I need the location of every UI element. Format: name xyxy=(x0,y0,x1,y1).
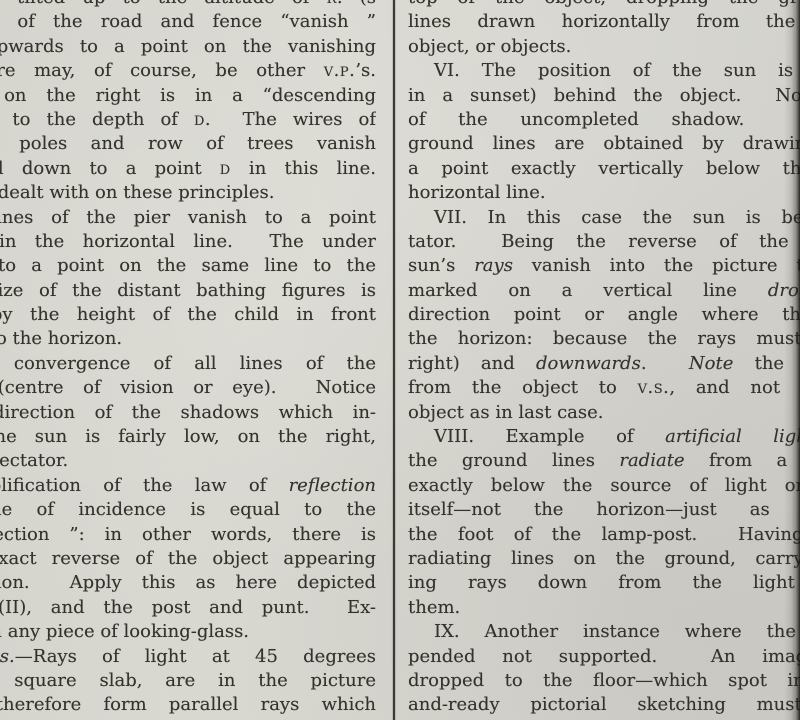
text-segment: dropped xyxy=(768,280,800,301)
text-line: reflection ”: in other words, there is xyxy=(0,523,376,547)
text-line: itself—not the horizon—just as thou xyxy=(408,498,800,522)
text-segment: object, or objects. xyxy=(408,36,571,57)
text-segment: object as in last case. xyxy=(408,402,604,423)
text-line: with any piece of looking-glass. xyxy=(0,620,376,644)
text-line: ht in the horizontal line. The under xyxy=(0,230,376,254)
text-line: v. (centre of vision or eye). Notice xyxy=(0,376,376,400)
right-column: top of the object, dropping the groundli… xyxy=(408,0,800,718)
text-segment: from the object to xyxy=(408,377,638,398)
text-line: e spectator. xyxy=(0,449,376,473)
text-segment: IX. Another instance where the lig xyxy=(434,621,800,642)
text-line: tator. Being the reverse of the last xyxy=(408,230,800,254)
text-segment: a point exactly vertically below the s xyxy=(408,158,800,179)
text-segment: lection. Apply this as here depicted xyxy=(0,572,376,593)
text-segment: ines of the road and fence “vanish ” xyxy=(0,11,376,32)
text-line: e lines of the pier vanish to a point xyxy=(0,206,376,230)
text-line: the square slab, are in the picture xyxy=(0,669,376,693)
text-segment: itself—not the horizon—just as thou xyxy=(408,499,800,520)
text-segment: emplification of the law of xyxy=(0,475,289,496)
text-segment: (centre of vision or eye). Notice xyxy=(0,377,376,398)
text-segment: ’s. xyxy=(355,60,376,81)
text-line: VII. In this case the sun is behind xyxy=(408,206,800,230)
text-segment: sh to a point on the same line to the xyxy=(0,255,376,276)
text-segment: d direction of the shadows which in- xyxy=(0,402,376,423)
text-line: d by the height of the child in front xyxy=(0,303,376,327)
text-segment: the foot of the lamp-post. Having dr xyxy=(408,524,800,545)
text-segment: d by the height of the child in front xyxy=(0,304,376,325)
text-segment: the horizon: because the rays must be xyxy=(408,328,800,349)
text-segment: radiate xyxy=(619,450,684,471)
text-segment: ht in the horizontal line. The under xyxy=(0,231,376,252)
text-segment: them. xyxy=(408,597,460,618)
text-segment: d therefore form parallel rays which xyxy=(0,694,376,715)
text-line: ld (II), and the post and punt. Ex- xyxy=(0,596,376,620)
text-line: ote convergence of all lines of the xyxy=(0,352,376,376)
text-segment: e lines of the pier vanish to a point xyxy=(0,207,376,228)
text-line: lines drawn horizontally from the ba xyxy=(408,10,800,34)
text-segment: with any piece of looking-glass. xyxy=(0,621,249,642)
text-segment: e exact reverse of the object appearing xyxy=(0,548,376,569)
text-segment: the square slab, are in the picture xyxy=(0,670,376,691)
text-segment: ing rays down from the light to xyxy=(408,572,800,593)
text-segment: marked on a vertical line xyxy=(408,280,768,301)
text-line: object as in last case. xyxy=(408,401,800,425)
text-line: l is tilted up to the altitude of r. (s xyxy=(0,0,376,10)
text-segment: reflection ”: in other words, there is xyxy=(0,524,376,545)
text-segment: d xyxy=(220,158,231,179)
text-segment: downwards xyxy=(536,353,641,374)
text-line: d direction of the shadows which in- xyxy=(0,401,376,425)
text-segment: d xyxy=(194,109,205,130)
text-segment: in a sunset) behind the object. Note t xyxy=(408,85,800,106)
text-line: sh to a point on the same line to the xyxy=(0,254,376,278)
text-line: road down to a point d in this line. xyxy=(0,157,376,181)
text-line: are dealt with on these principles. xyxy=(0,181,376,205)
text-segment: There may, of course, be other xyxy=(0,60,324,81)
text-line: a point exactly vertically below the s xyxy=(408,157,800,181)
text-segment: ote convergence of all lines of the xyxy=(0,353,376,374)
text-line: from the object to v.s., and not from xyxy=(408,376,800,400)
text-segment: . (s xyxy=(337,0,376,8)
text-line: the foot of the lamp-post. Having dr xyxy=(408,523,800,547)
text-line: top of the object, dropping the ground xyxy=(408,0,800,10)
text-segment: r xyxy=(327,0,337,8)
text-line: sun’s rays vanish into the picture to a xyxy=(408,254,800,278)
text-segment: ) upwards to a point on the vanishing xyxy=(0,36,376,57)
text-segment: ad on the right is in a “descending xyxy=(0,85,376,106)
text-segment: VIII. Example of xyxy=(434,426,665,447)
text-segment: top of the object, dropping the ground xyxy=(408,0,800,8)
text-segment: e spectator. xyxy=(0,450,68,471)
text-line: emplification of the law of reflection xyxy=(0,474,376,498)
text-line: There may, of course, be other v.p.’s. xyxy=(0,59,376,83)
text-line: exactly below the source of light on th xyxy=(408,474,800,498)
text-segment: road down to a point xyxy=(0,158,220,179)
text-line: radiating lines on the ground, carry co xyxy=(408,547,800,571)
text-segment: horizontal line. xyxy=(408,182,546,203)
text-segment: ), to the depth of xyxy=(0,109,194,130)
text-segment: angle of incidence is equal to the xyxy=(0,499,376,520)
text-segment: in this line. xyxy=(231,158,376,179)
text-segment: v.s. xyxy=(638,377,670,398)
text-line: the ground lines radiate from a cen xyxy=(408,449,800,473)
text-line: dropped to the floor—which spot in th xyxy=(408,669,800,693)
text-segment: Note xyxy=(689,353,733,374)
text-line: IX. Another instance where the lig xyxy=(408,620,800,644)
text-line: object, or objects. xyxy=(408,35,800,59)
text-line: d therefore form parallel rays which xyxy=(0,693,376,717)
text-segment: . The wires of xyxy=(205,109,376,130)
text-segment: the ground lines xyxy=(408,450,619,471)
text-segment: pended not supported. An imaginar xyxy=(408,646,800,667)
text-line: the horizon: because the rays must be xyxy=(408,327,800,351)
text-line: VI. The position of the sun is ind xyxy=(408,59,800,83)
text-line: e exact reverse of the object appearing xyxy=(0,547,376,571)
text-line: e size of the distant bathing figures is xyxy=(0,279,376,303)
text-line: angle of incidence is equal to the xyxy=(0,498,376,522)
column-divider-rule xyxy=(393,0,395,720)
text-line: in a sunset) behind the object. Note t xyxy=(408,84,800,108)
text-line: marked on a vertical line dropped xyxy=(408,279,800,303)
text-segment: ld (II), and the post and punt. Ex- xyxy=(0,597,376,618)
text-segment: rays xyxy=(474,255,513,276)
text-line: right) and downwards. Note the rays xyxy=(408,352,800,376)
text-line: of the uncompleted shadow. The xyxy=(408,108,800,132)
text-line: .p.), to the depth of d. The wires of xyxy=(0,108,376,132)
text-segment: l is tilted up to the altitude of xyxy=(0,0,327,8)
text-segment: aph poles and row of trees vanish xyxy=(0,133,376,154)
text-segment: VII. In this case the sun is behind xyxy=(434,207,800,228)
text-segment: lines drawn horizontally from the ba xyxy=(408,11,800,32)
text-segment: ck to the horizon. xyxy=(0,328,122,349)
text-segment: e size of the distant bathing figures is xyxy=(0,280,376,301)
text-line: ) upwards to a point on the vanishing xyxy=(0,35,376,59)
text-segment: sun’s xyxy=(408,255,474,276)
text-line: ad on the right is in a “descending xyxy=(0,84,376,108)
text-segment: reflection xyxy=(289,475,376,496)
text-segment: VI. The position of the sun is ind xyxy=(434,60,800,81)
text-line: them. xyxy=(408,596,800,620)
text-segment: and-ready pictorial sketching must b xyxy=(408,694,800,715)
text-segment: dows. xyxy=(0,646,15,667)
text-segment: exactly below the source of light on th xyxy=(408,475,800,496)
text-segment: artificial lighting xyxy=(665,426,800,447)
text-segment: direction point or angle where the r xyxy=(408,304,800,325)
text-segment: v.p. xyxy=(324,60,356,81)
text-line: lection. Apply this as here depicted xyxy=(0,571,376,595)
text-segment: right) and xyxy=(408,353,536,374)
text-segment: the rays xyxy=(733,353,800,374)
text-line: pended not supported. An imaginar xyxy=(408,645,800,669)
text-segment: of the uncompleted shadow. The xyxy=(408,109,800,130)
left-column: l is tilted up to the altitude of r. (si… xyxy=(0,0,376,718)
text-segment: radiating lines on the ground, carry co xyxy=(408,548,800,569)
text-segment: from a cen xyxy=(685,450,800,471)
text-line: horizontal line. xyxy=(408,181,800,205)
text-segment: tator. Being the reverse of the last xyxy=(408,231,800,252)
text-segment: ground lines are obtained by drawing t xyxy=(408,133,800,154)
text-segment: . xyxy=(641,353,689,374)
text-line: VIII. Example of artificial lighting xyxy=(408,425,800,449)
text-line: dows.—Rays of light at 45 degrees xyxy=(0,645,376,669)
text-line: and-ready pictorial sketching must b xyxy=(408,693,800,717)
text-line: ing rays down from the light to xyxy=(408,571,800,595)
text-segment: —Rays of light at 45 degrees xyxy=(15,646,376,667)
text-segment: are dealt with on these principles. xyxy=(0,182,275,203)
text-segment: vanish into the picture to a xyxy=(513,255,800,276)
text-line: t the sun is fairly low, on the right, xyxy=(0,425,376,449)
text-segment: t the sun is fairly low, on the right, xyxy=(0,426,376,447)
text-line: aph poles and row of trees vanish xyxy=(0,132,376,156)
text-line: direction point or angle where the r xyxy=(408,303,800,327)
book-page: l is tilted up to the altitude of r. (si… xyxy=(0,0,800,720)
text-line: ck to the horizon. xyxy=(0,327,376,351)
text-line: ground lines are obtained by drawing t xyxy=(408,132,800,156)
text-line: ines of the road and fence “vanish ” xyxy=(0,10,376,34)
text-segment: , and not from xyxy=(669,377,800,398)
text-segment: dropped to the floor—which spot in th xyxy=(408,670,800,691)
